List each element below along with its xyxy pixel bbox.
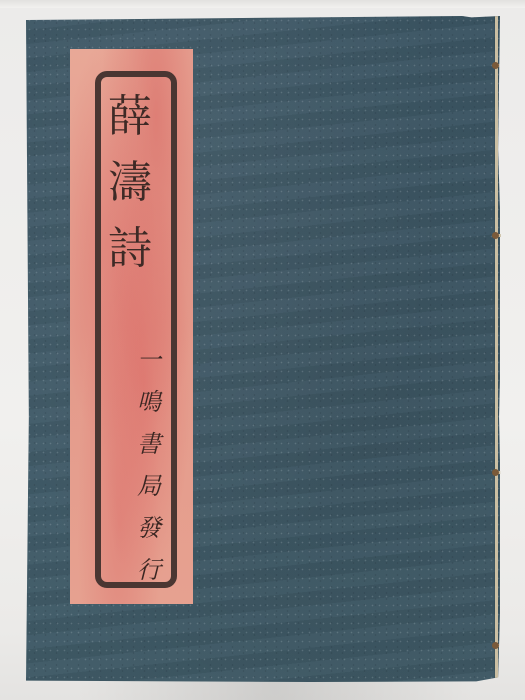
stitch-hole-icon <box>492 642 499 649</box>
publisher-char: 鳴 <box>137 381 161 423</box>
stitch-hole-icon <box>492 232 499 239</box>
publisher-char: 一 <box>137 339 161 381</box>
title-char: 詩 <box>108 216 152 282</box>
publisher-char: 書 <box>137 423 161 465</box>
title-char: 薛 <box>108 84 152 150</box>
binding-thread-spine <box>495 16 498 684</box>
background-wall <box>0 0 525 8</box>
book-cover: 薛 濤 詩 一 鳴 書 局 發 行 <box>26 16 500 684</box>
binding-thread-stitch <box>495 471 525 474</box>
publisher-inscription: 一 鳴 書 局 發 行 <box>132 339 166 591</box>
publisher-char: 行 <box>137 549 161 591</box>
publisher-char: 局 <box>137 465 161 507</box>
book-title: 薛 濤 詩 <box>100 84 160 282</box>
stitch-hole-icon <box>492 469 499 476</box>
publisher-char: 發 <box>137 507 161 549</box>
title-label-slip: 薛 濤 詩 一 鳴 書 局 發 行 <box>70 49 193 604</box>
stitch-hole-icon <box>492 62 499 69</box>
title-char: 濤 <box>108 150 152 216</box>
binding-thread-stitch <box>495 234 525 237</box>
